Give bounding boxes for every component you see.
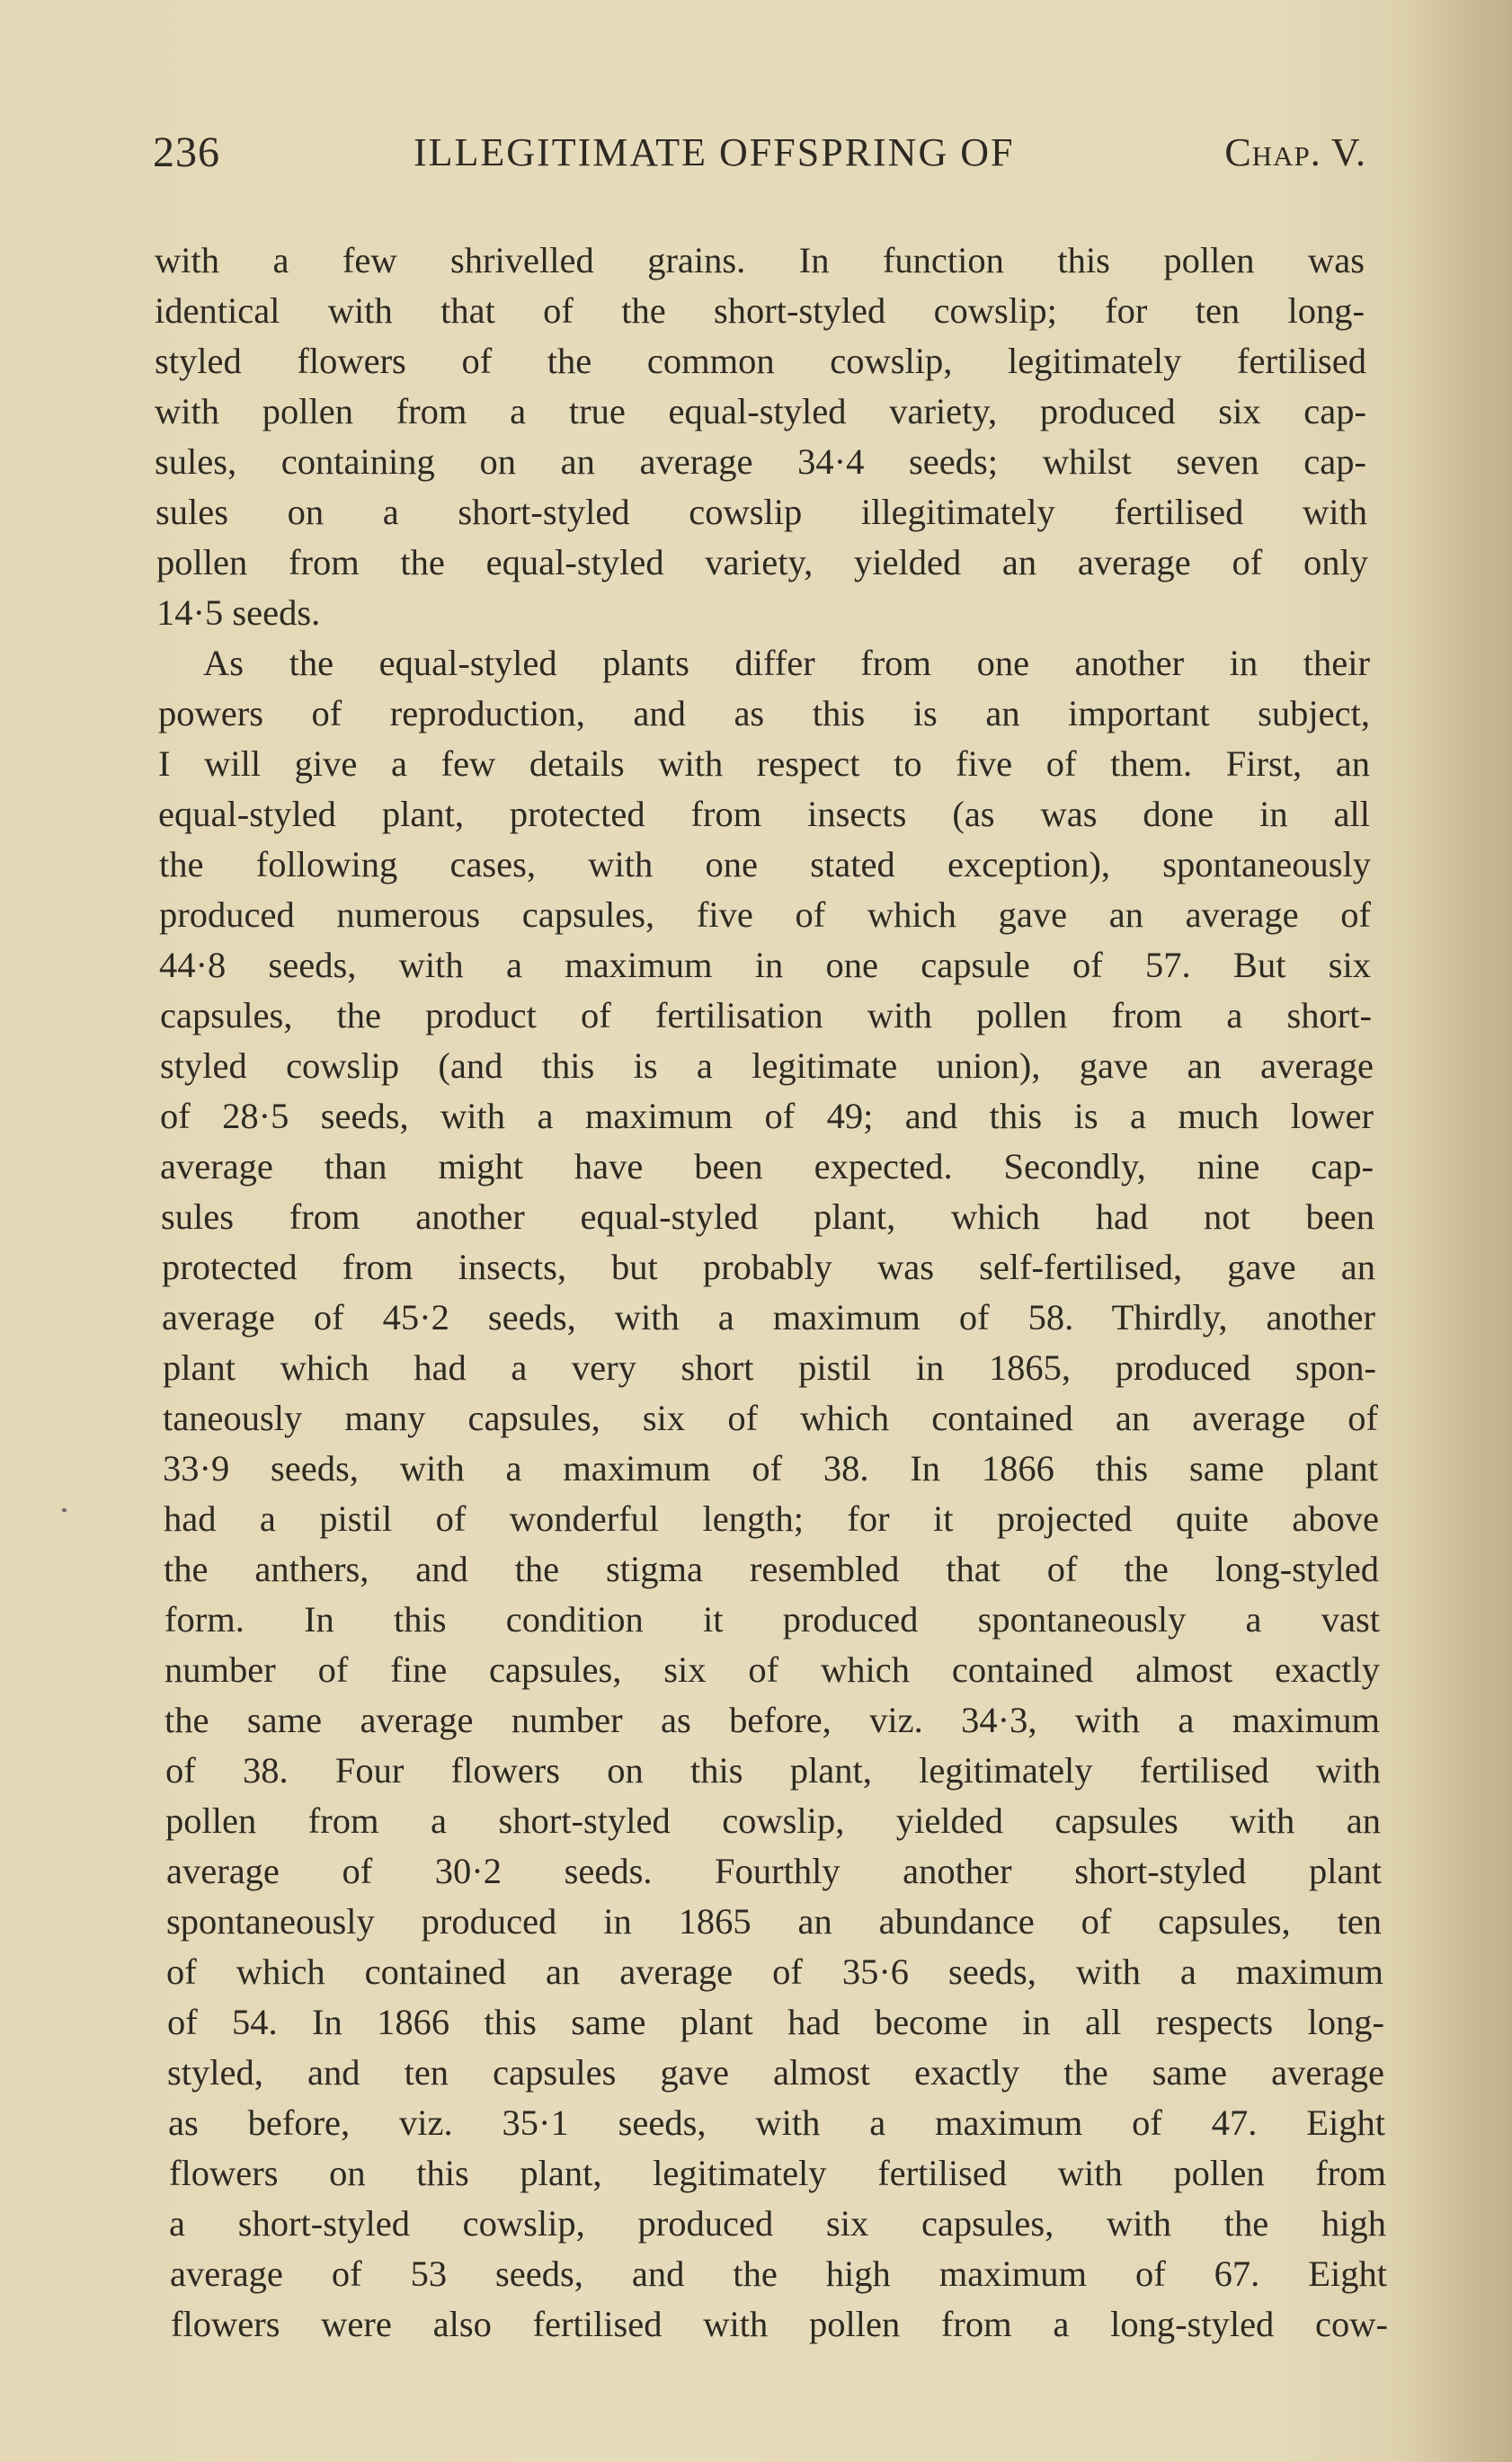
text-line: sules, containing on an average 34·4 see… bbox=[155, 437, 1366, 487]
text-line: styled flowers of the common cowslip, le… bbox=[155, 336, 1366, 387]
running-head: ILLEGITIMATE OFFSPRING OF bbox=[414, 124, 1014, 182]
text-line: average of 30·2 seeds. Fourthly another … bbox=[166, 1846, 1382, 1897]
page-number: 236 bbox=[153, 124, 220, 182]
text-line: equal-styled plant, protected from insec… bbox=[158, 789, 1370, 840]
text-line: 33·9 seeds, with a maximum of 38. In 186… bbox=[163, 1444, 1378, 1494]
text-line: pollen from the equal-styled variety, yi… bbox=[156, 538, 1368, 588]
text-line: number of fine capsules, six of which co… bbox=[165, 1645, 1380, 1695]
text-line: flowers on this plant, legitimately fert… bbox=[169, 2148, 1386, 2199]
text-line: form. In this condition it produced spon… bbox=[165, 1595, 1380, 1645]
paragraph-start-line: As the equal-styled plants differ from o… bbox=[203, 638, 1370, 689]
text-line: average of 45·2 seeds, with a maximum of… bbox=[162, 1293, 1375, 1343]
text-line: as before, viz. 35·1 seeds, with a maxim… bbox=[168, 2098, 1385, 2148]
text-line: I will give a few details with respect t… bbox=[158, 739, 1370, 789]
text-line: spontaneously produced in 1865 an abunda… bbox=[166, 1897, 1382, 1947]
text-line: plant which had a very short pistil in 1… bbox=[163, 1343, 1376, 1393]
text-line: of 28·5 seeds, with a maximum of 49; and… bbox=[160, 1091, 1374, 1142]
text-line: of 38. Four flowers on this plant, legit… bbox=[165, 1746, 1381, 1796]
text-line: styled cowslip (and this is a legitimate… bbox=[160, 1041, 1374, 1091]
text-line: capsules, the product of fertilisation w… bbox=[160, 991, 1372, 1041]
text-line: with a few shrivelled grains. In functio… bbox=[155, 236, 1365, 286]
page-header: 236 ILLEGITIMATE OFFSPRING OF Chap. V. bbox=[153, 124, 1366, 182]
ink-speck bbox=[62, 1508, 67, 1512]
text-line: taneously many capsules, six of which co… bbox=[163, 1393, 1378, 1444]
text-line: protected from insects, but probably was… bbox=[162, 1242, 1375, 1293]
text-line: a short-styled cowslip, produced six cap… bbox=[169, 2199, 1386, 2249]
text-line: identical with that of the short-styled … bbox=[155, 286, 1365, 336]
text-line: pollen from a short-styled cowslip, yiel… bbox=[165, 1796, 1381, 1846]
text-line: the same average number as before, viz. … bbox=[165, 1695, 1380, 1746]
text-line: styled, and ten capsules gave almost exa… bbox=[167, 2048, 1384, 2098]
text-line: the anthers, and the stigma resembled th… bbox=[164, 1544, 1379, 1595]
chapter-label: Chap. V. bbox=[1224, 124, 1366, 182]
text-line: sules on a short-styled cowslip illegiti… bbox=[156, 487, 1367, 538]
text-line: had a pistil of wonderful length; for it… bbox=[164, 1494, 1379, 1544]
text-line: the following cases, with one stated exc… bbox=[159, 840, 1371, 890]
text-line: with pollen from a true equal-styled var… bbox=[155, 387, 1366, 437]
text-line: average of 53 seeds, and the high maximu… bbox=[170, 2249, 1387, 2299]
text-line: of which contained an average of 35·6 se… bbox=[166, 1947, 1383, 1997]
text-line: 14·5 seeds. bbox=[156, 588, 1368, 638]
text-line: 44·8 seeds, with a maximum in one capsul… bbox=[159, 940, 1371, 991]
text-line: of 54. In 1866 this same plant had becom… bbox=[167, 1997, 1384, 2048]
text-line: powers of reproduction, and as this is a… bbox=[158, 689, 1370, 739]
book-page: 236 ILLEGITIMATE OFFSPRING OF Chap. V. w… bbox=[0, 0, 1512, 2462]
text-line: sules from another equal-styled plant, w… bbox=[161, 1192, 1374, 1242]
text-line: flowers were also fertilised with pollen… bbox=[171, 2299, 1388, 2350]
text-line: average than might have been expected. S… bbox=[160, 1142, 1374, 1192]
text-line: produced numerous capsules, five of whic… bbox=[159, 890, 1371, 940]
